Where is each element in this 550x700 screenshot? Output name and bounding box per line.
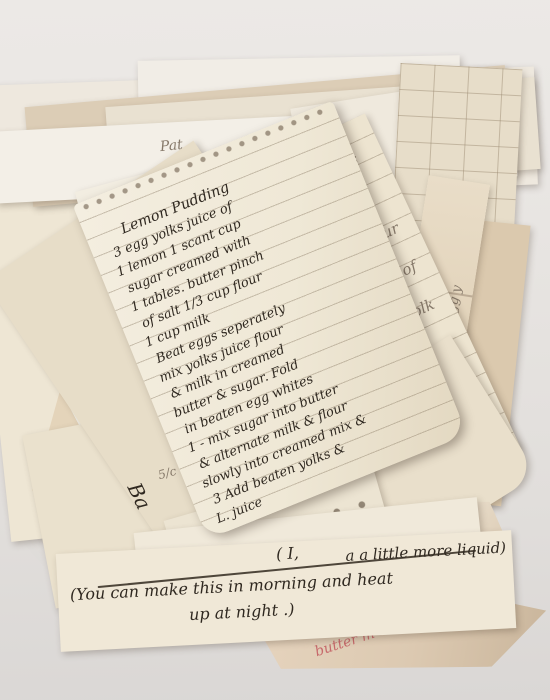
card-line-at-night: up at night .) bbox=[189, 600, 295, 624]
photo-stack-of-recipe-notes: this crackers - bu Pan - Beat the egg y … bbox=[0, 0, 550, 700]
card-lead: ( I, bbox=[276, 543, 300, 563]
card-more-liquid: a a little more liquid) bbox=[345, 538, 506, 564]
